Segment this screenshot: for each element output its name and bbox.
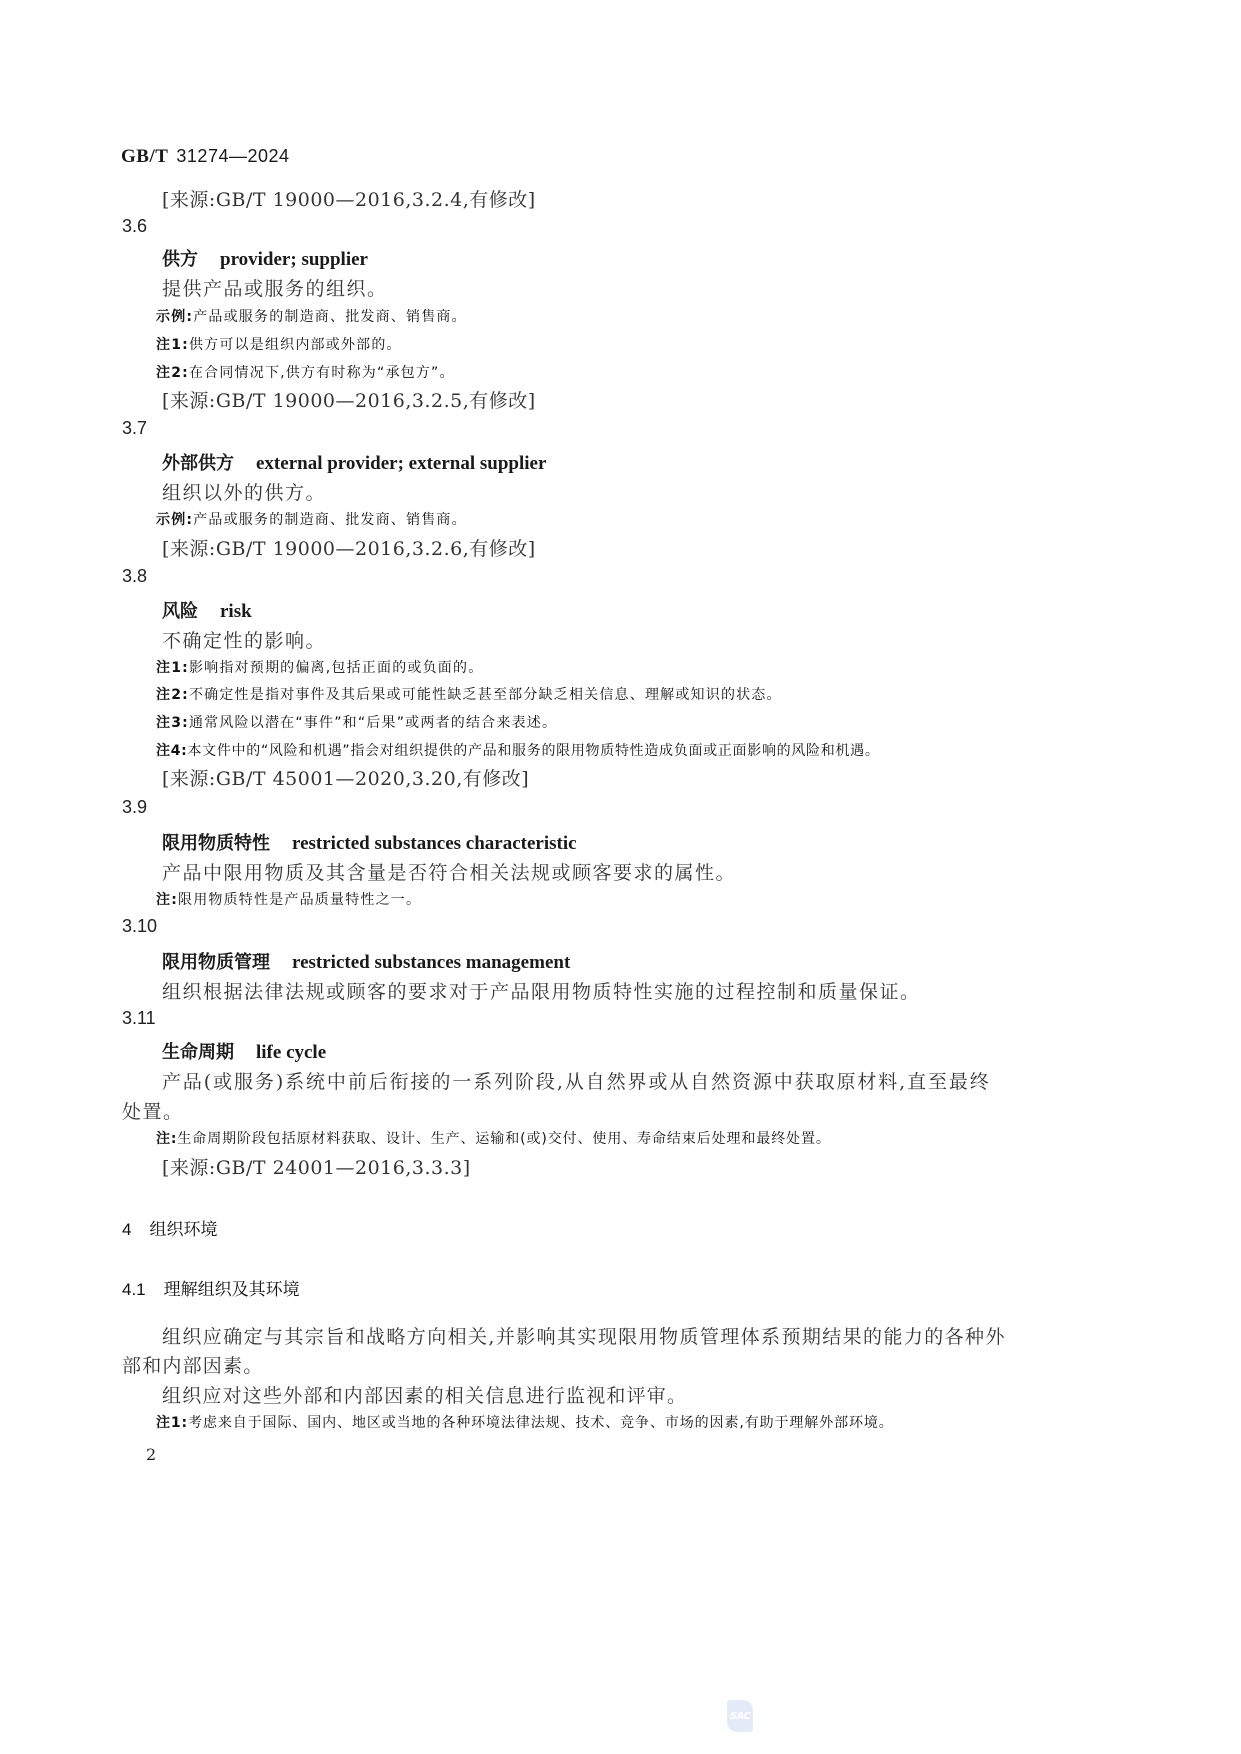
term-zh: 风险 — [162, 601, 198, 622]
term-en: risk — [220, 601, 252, 622]
subsection-title: 理解组织及其环境 — [164, 1280, 300, 1300]
note-text: 本文件中的“风险和机遇”指会对组织提供的产品和服务的限用物质特性造成负面或正面影… — [187, 743, 879, 759]
note-text: 不确定性是指对事件及其后果或可能性缺乏甚至部分缺乏相关信息、理解或知识的状态。 — [189, 687, 782, 703]
note-text: 限用物质特性是产品质量特性之一。 — [178, 892, 421, 908]
source-reference: [来源:GB/T 45001—2020,3.20,有修改] — [162, 764, 529, 791]
note-text: 生命周期阶段包括原材料获取、设计、生产、运输和(或)交付、使用、寿命结束后处理和… — [177, 1131, 830, 1147]
note-text: 影响指对预期的偏离,包括正面的或负面的。 — [189, 660, 483, 676]
standard-number: 31274—2024 — [176, 146, 289, 166]
term-heading: 限用物质管理restricted substances management — [162, 948, 570, 974]
body-paragraph-continuation: 部和内部因素。 — [122, 1351, 263, 1378]
term-note: 注2:在合同情况下,供方有时称为“承包方”。 — [156, 362, 455, 382]
note-label: 注2: — [156, 687, 189, 703]
example-text: 产品或服务的制造商、批发商、销售商。 — [193, 512, 467, 528]
standard-header: GB/T31274—2024 — [121, 146, 290, 168]
clause-number: 3.6 — [122, 216, 147, 237]
note-text: 供方可以是组织内部或外部的。 — [189, 337, 402, 353]
term-note: 注4:本文件中的“风险和机遇”指会对组织提供的产品和服务的限用物质特性造成负面或… — [156, 740, 880, 760]
note-label: 注4: — [156, 743, 187, 759]
document-page: GB/T31274—2024 [来源:GB/T 19000—2016,3.2.4… — [0, 0, 1241, 1754]
example-label: 示例: — [156, 309, 193, 325]
source-reference: [来源:GB/T 24001—2016,3.3.3] — [162, 1153, 471, 1180]
term-zh: 生命周期 — [162, 1042, 234, 1063]
term-example: 示例:产品或服务的制造商、批发商、销售商。 — [156, 509, 467, 529]
term-en: restricted substances characteristic — [292, 833, 577, 854]
term-definition-continuation: 处置。 — [122, 1097, 184, 1124]
term-en: external provider; external supplier — [256, 453, 546, 474]
term-zh: 限用物质管理 — [162, 952, 270, 973]
note-label: 注2: — [156, 365, 189, 381]
example-text: 产品或服务的制造商、批发商、销售商。 — [193, 309, 467, 325]
chapter-heading: 4组织环境 — [122, 1215, 217, 1240]
note-label: 注3: — [156, 715, 189, 731]
term-en: restricted substances management — [292, 952, 570, 973]
clause-number: 3.9 — [122, 797, 147, 818]
term-heading: 供方provider; supplier — [162, 245, 368, 271]
term-note: 注1:影响指对预期的偏离,包括正面的或负面的。 — [156, 657, 483, 677]
term-definition: 产品中限用物质及其含量是否符合相关法规或顾客要求的属性。 — [162, 858, 736, 885]
term-heading: 外部供方external provider; external supplier — [162, 449, 546, 475]
standard-prefix: GB/T — [121, 146, 168, 167]
note-label: 注: — [156, 892, 178, 908]
clause-number: 3.10 — [122, 916, 157, 937]
term-note: 注1:供方可以是组织内部或外部的。 — [156, 334, 402, 354]
term-heading: 生命周期life cycle — [162, 1038, 326, 1064]
term-note: 注:生命周期阶段包括原材料获取、设计、生产、运输和(或)交付、使用、寿命结束后处… — [156, 1128, 831, 1148]
term-zh: 供方 — [162, 249, 198, 270]
term-zh: 限用物质特性 — [162, 833, 270, 854]
term-definition: 组织根据法律法规或顾客的要求对于产品限用物质特性实施的过程控制和质量保证。 — [162, 977, 921, 1004]
chapter-number: 4 — [122, 1220, 131, 1239]
note-text: 通常风险以潜在“事件”和“后果”或两者的结合来表述。 — [189, 715, 557, 731]
term-example: 示例:产品或服务的制造商、批发商、销售商。 — [156, 306, 467, 326]
clause-number: 3.7 — [122, 418, 147, 439]
term-note: 注2:不确定性是指对事件及其后果或可能性缺乏甚至部分缺乏相关信息、理解或知识的状… — [156, 684, 782, 704]
body-paragraph: 组织应对这些外部和内部因素的相关信息进行监视和评审。 — [162, 1381, 687, 1408]
note-label: 注1: — [156, 337, 189, 353]
note-label: 注: — [156, 1131, 177, 1147]
term-definition: 提供产品或服务的组织。 — [162, 274, 388, 301]
term-definition: 不确定性的影响。 — [162, 626, 326, 653]
chapter-title: 组织环境 — [149, 1220, 217, 1240]
clause-number: 3.8 — [122, 566, 147, 587]
subsection-heading: 4.1理解组织及其环境 — [122, 1275, 300, 1300]
body-paragraph: 组织应确定与其宗旨和战略方向相关,并影响其实现限用物质管理体系预期结果的能力的各… — [162, 1322, 1006, 1349]
term-heading: 限用物质特性restricted substances characterist… — [162, 829, 577, 855]
sac-logo: SAC — [727, 1700, 753, 1732]
page-number: 2 — [146, 1445, 156, 1464]
term-definition: 产品(或服务)系统中前后衔接的一系列阶段,从自然界或从自然资源中获取原材料,直至… — [162, 1067, 991, 1094]
term-definition: 组织以外的供方。 — [162, 478, 326, 505]
term-en: provider; supplier — [220, 249, 368, 270]
note-text: 考虑来自于国际、国内、地区或当地的各种环境法律法规、技术、竞争、市场的因素,有助… — [188, 1415, 894, 1431]
source-reference: [来源:GB/T 19000—2016,3.2.5,有修改] — [162, 386, 536, 413]
note-label: 注1: — [156, 1415, 188, 1431]
term-en: life cycle — [256, 1042, 326, 1063]
source-reference: [来源:GB/T 19000—2016,3.2.6,有修改] — [162, 534, 536, 561]
term-note: 注3:通常风险以潜在“事件”和“后果”或两者的结合来表述。 — [156, 712, 557, 732]
note-text: 在合同情况下,供方有时称为“承包方”。 — [189, 365, 455, 381]
source-reference: [来源:GB/T 19000—2016,3.2.4,有修改] — [162, 185, 536, 212]
term-heading: 风险risk — [162, 597, 252, 623]
term-note: 注:限用物质特性是产品质量特性之一。 — [156, 889, 421, 909]
example-label: 示例: — [156, 512, 193, 528]
body-note: 注1:考虑来自于国际、国内、地区或当地的各种环境法律法规、技术、竞争、市场的因素… — [156, 1412, 894, 1432]
clause-number: 3.11 — [122, 1008, 156, 1029]
subsection-number: 4.1 — [122, 1280, 146, 1299]
term-zh: 外部供方 — [162, 453, 234, 474]
note-label: 注1: — [156, 660, 189, 676]
